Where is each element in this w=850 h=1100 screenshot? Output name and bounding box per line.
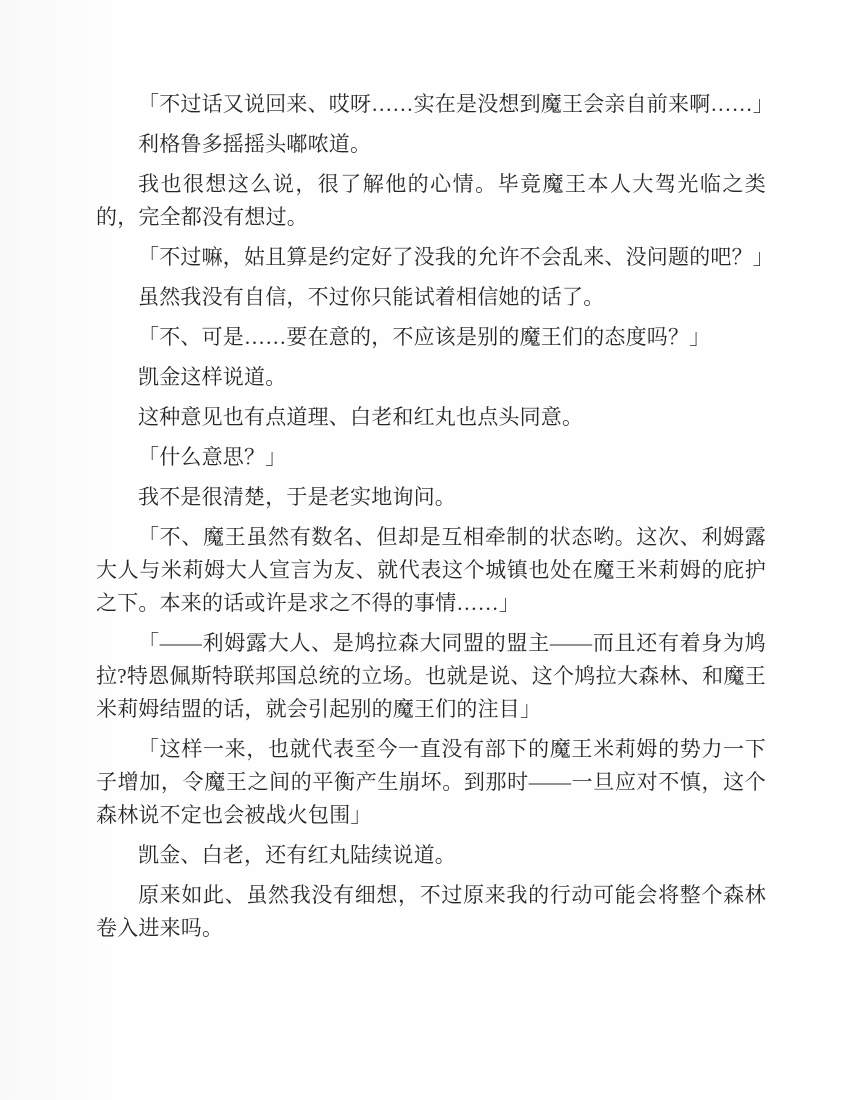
paragraph: 凯金、白老，还有红丸陆续说道。: [96, 839, 766, 872]
paragraph: 「不过嘛，姑且算是约定好了没我的允许不会乱来、没问题的吧？」: [96, 241, 766, 274]
novel-page: 「不过话又说回来、哎呀……实在是没想到魔王会亲自前来啊……」 利格鲁多摇摇头嘟哝…: [0, 0, 850, 1100]
paragraph: 利格鲁多摇摇头嘟哝道。: [96, 128, 766, 161]
paragraph: 「不过话又说回来、哎呀……实在是没想到魔王会亲自前来啊……」: [96, 88, 766, 121]
paragraph: 虽然我没有自信，不过你只能试着相信她的话了。: [96, 281, 766, 314]
paragraph: 凯金这样说道。: [96, 361, 766, 394]
paragraph: 「什么意思？」: [96, 441, 766, 474]
novel-text-block: 「不过话又说回来、哎呀……实在是没想到魔王会亲自前来啊……」 利格鲁多摇摇头嘟哝…: [96, 88, 766, 952]
paragraph: 「——利姆露大人、是鸠拉森大同盟的盟主——而且还有着身为鸠拉?特恩佩斯特联邦国总…: [96, 627, 766, 726]
paragraph: 「不、魔王虽然有数名、但却是互相牵制的状态哟。这次、利姆露大人与米莉姆大人宣言为…: [96, 521, 766, 620]
paragraph: 我也很想这么说，很了解他的心情。毕竟魔王本人大驾光临之类的，完全都没有想过。: [96, 168, 766, 234]
paragraph: 原来如此、虽然我没有细想，不过原来我的行动可能会将整个森林卷入进来吗。: [96, 879, 766, 945]
paragraph: 「不、可是……要在意的，不应该是别的魔王们的态度吗？」: [96, 321, 766, 354]
paragraph: 「这样一来，也就代表至今一直没有部下的魔王米莉姆的势力一下子增加，令魔王之间的平…: [96, 733, 766, 832]
paragraph: 这种意见也有点道理、白老和红丸也点头同意。: [96, 401, 766, 434]
paragraph: 我不是很清楚，于是老实地询问。: [96, 481, 766, 514]
